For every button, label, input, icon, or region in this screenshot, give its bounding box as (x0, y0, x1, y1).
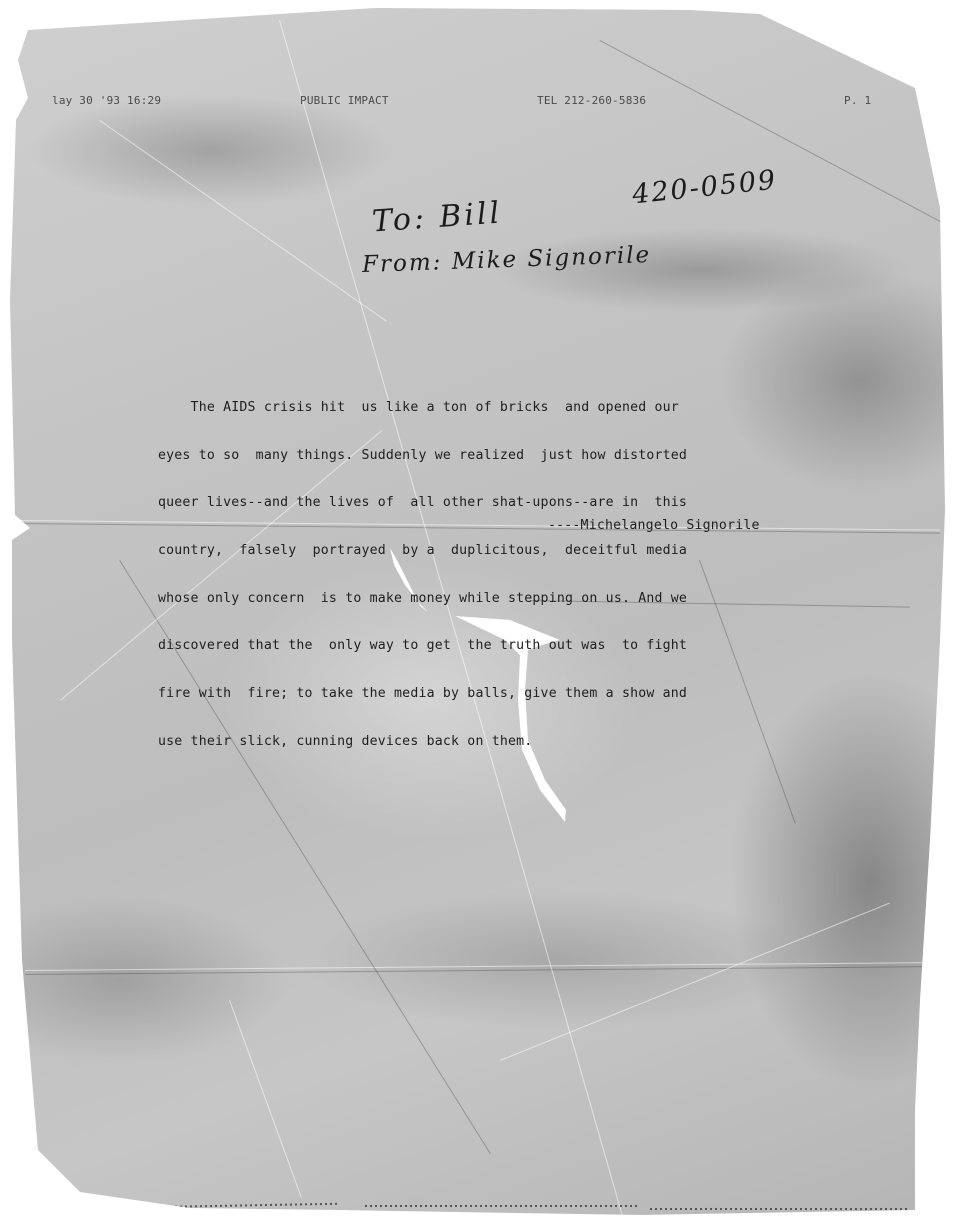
fax-header: lay 30 '93 16:29 PUBLIC IMPACT TEL 212-2… (52, 94, 892, 110)
quote-line: discovered that the only way to get the … (158, 638, 893, 654)
quote-line: queer lives--and the lives of all other … (158, 495, 893, 511)
quote-line: country, falsely portrayed by a duplicit… (158, 543, 893, 559)
fax-phone: TEL 212-260-5836 (537, 94, 646, 107)
quote-line: whose only concern is to make money whil… (158, 591, 893, 607)
quote-line: The AIDS crisis hit us like a ton of bri… (158, 400, 893, 416)
quote-line: fire with fire; to take the media by bal… (158, 686, 893, 702)
fax-datetime: lay 30 '93 16:29 (52, 94, 161, 107)
typed-quote-paragraph: The AIDS crisis hit us like a ton of bri… (158, 368, 893, 766)
quote-line: eyes to so many things. Suddenly we real… (158, 448, 893, 464)
quote-line: use their slick, cunning devices back on… (158, 734, 893, 750)
fax-page-number: P. 1 (844, 94, 871, 107)
quote-attribution: ----Michelangelo Signorile (548, 518, 760, 533)
fax-sender: PUBLIC IMPACT (300, 94, 389, 107)
